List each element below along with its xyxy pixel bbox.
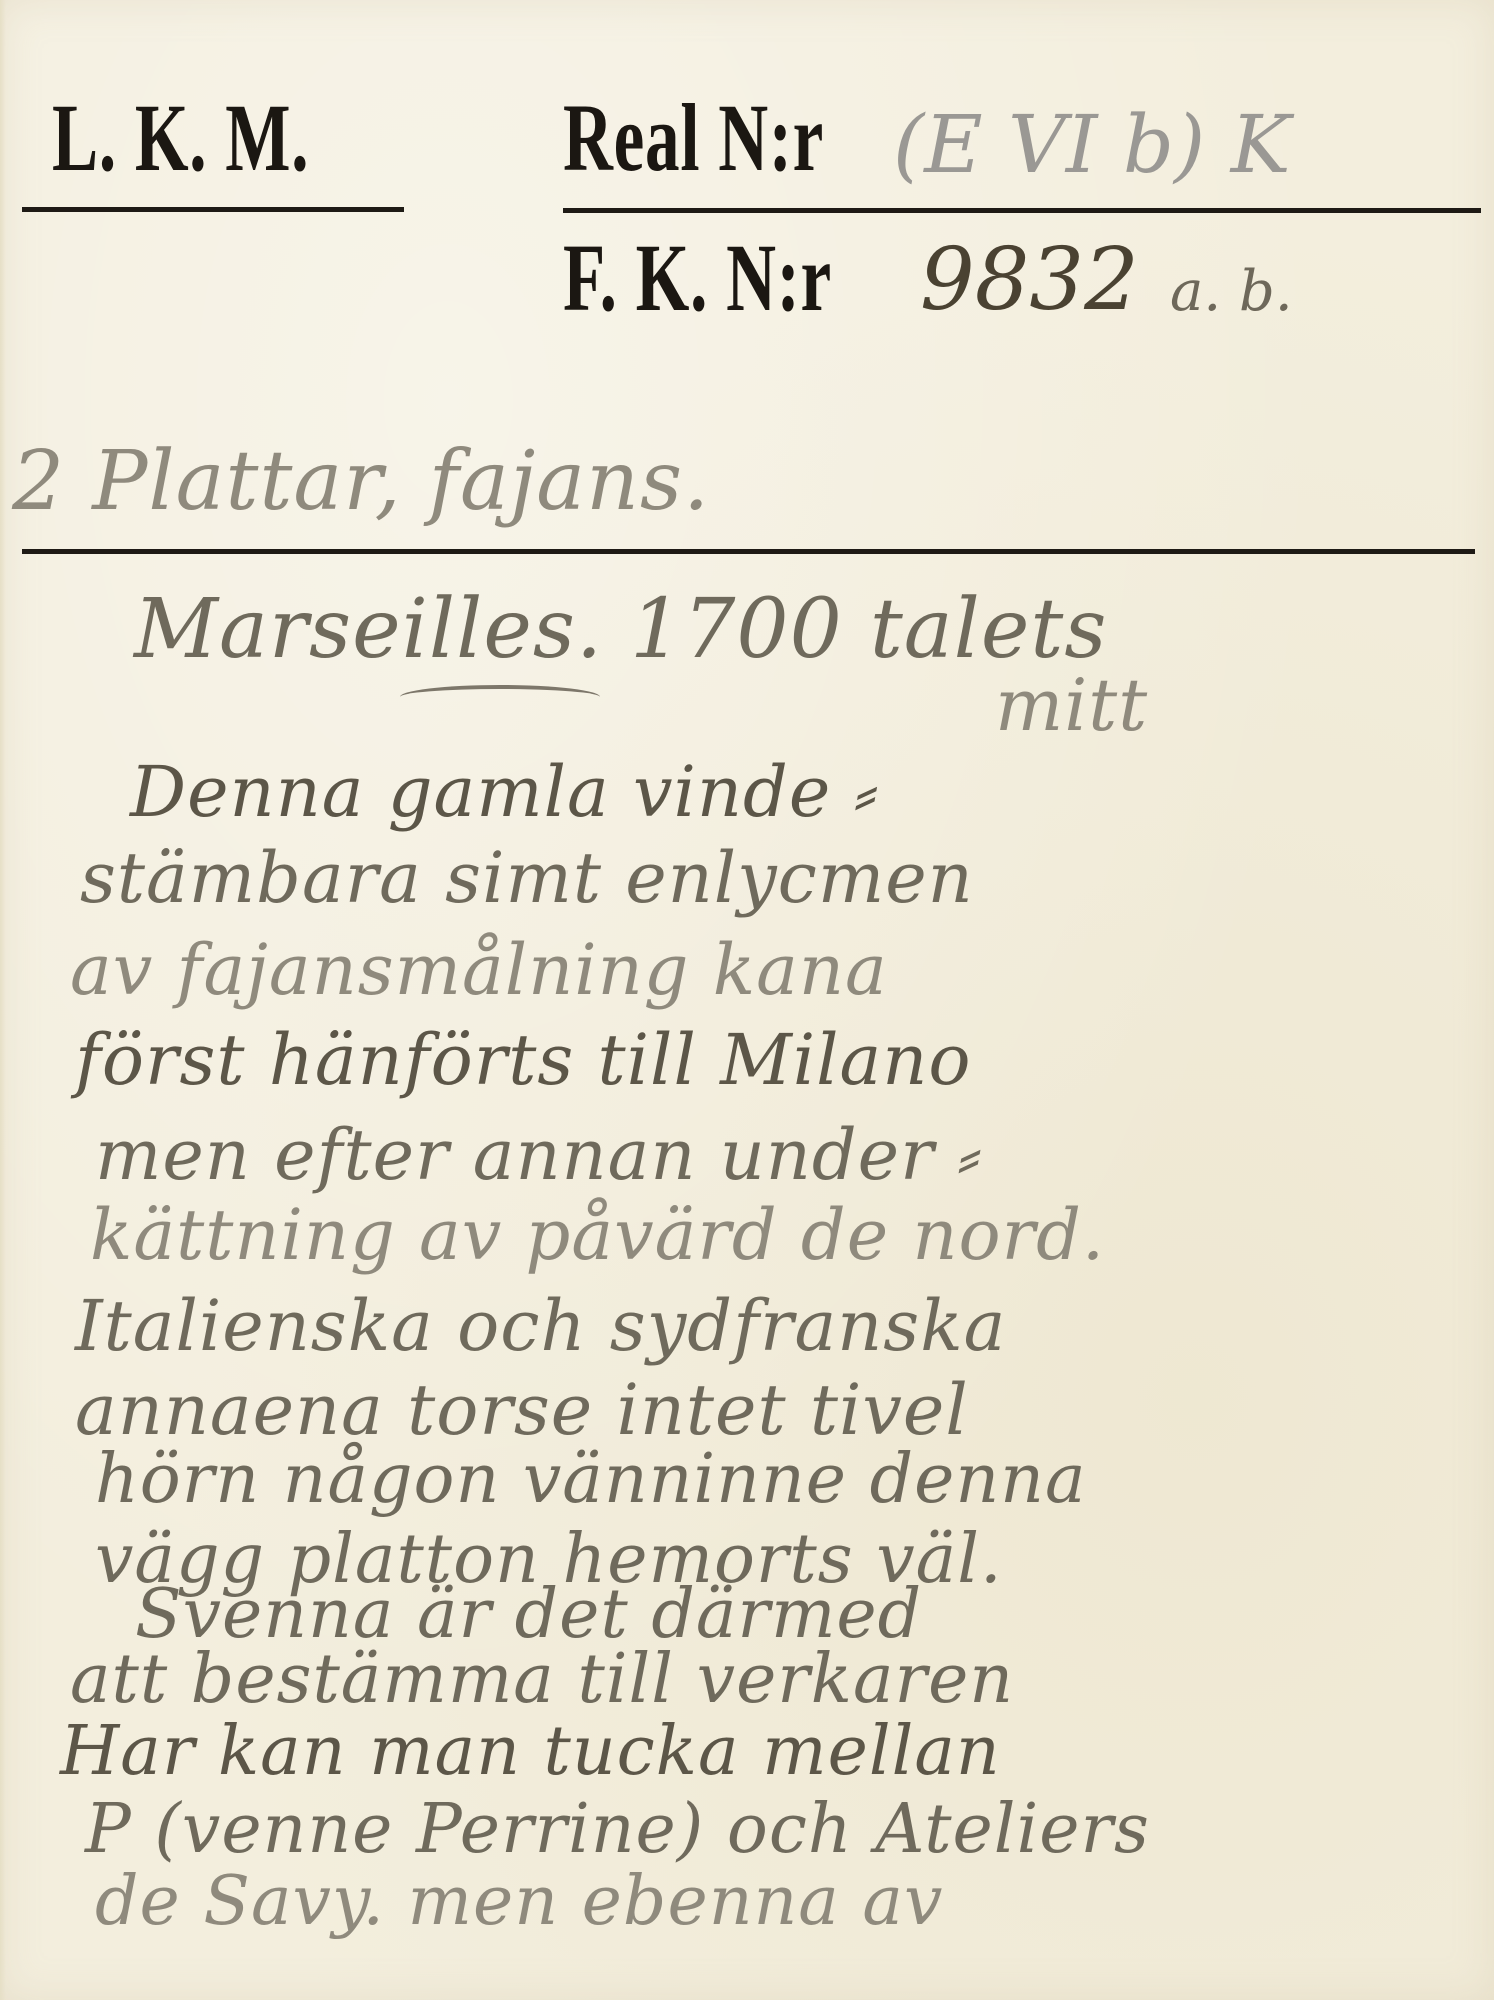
body-line: men efter annan under ⸗	[95, 1115, 982, 1195]
origin-line: Marseilles. 1700 talets	[134, 580, 1107, 680]
card-edge	[0, 0, 6, 2000]
origin-line-2: mitt	[995, 665, 1148, 745]
body-line: annaena torse intet tivel	[75, 1370, 969, 1450]
institution-label: L. K. M.	[52, 88, 309, 188]
real-number-value: (E VI b) K	[893, 100, 1290, 190]
fk-number-label: F. K. N:r	[563, 228, 832, 328]
body-line: P (venne Perrine) och Ateliers	[85, 1790, 1150, 1870]
fk-number-value: 9832	[920, 232, 1139, 328]
object-title: 2 Plattar, fajans.	[12, 432, 710, 532]
header-rule-left	[22, 207, 404, 212]
body-line: Italienska och sydfranska	[75, 1286, 1006, 1366]
fk-number-suffix: a. b.	[1170, 262, 1293, 322]
body-line: de Savy. men ebenna av	[95, 1862, 943, 1942]
title-rule	[22, 549, 1475, 554]
body-line: hörn någon vänninne denna	[95, 1440, 1087, 1520]
real-number-label: Real N:r	[563, 88, 824, 188]
body-line: att bestämma till verkaren	[70, 1640, 1014, 1720]
body-line: först hänförts till Milano	[75, 1020, 972, 1100]
body-line: kättning av påvärd de nord.	[90, 1195, 1105, 1275]
underline-flourish	[400, 685, 600, 709]
body-line: Denna gamla vinde ⸗	[130, 752, 879, 832]
header-rule-right	[563, 208, 1481, 213]
body-line: av fajansmålning kana	[70, 930, 888, 1010]
catalogue-card: L. K. M. Real N:r (E VI b) K F. K. N:r 9…	[0, 0, 1494, 2000]
body-line: stämbara simt enlycmen	[80, 838, 974, 918]
body-line: Har kan man tucka mellan	[60, 1712, 1001, 1792]
